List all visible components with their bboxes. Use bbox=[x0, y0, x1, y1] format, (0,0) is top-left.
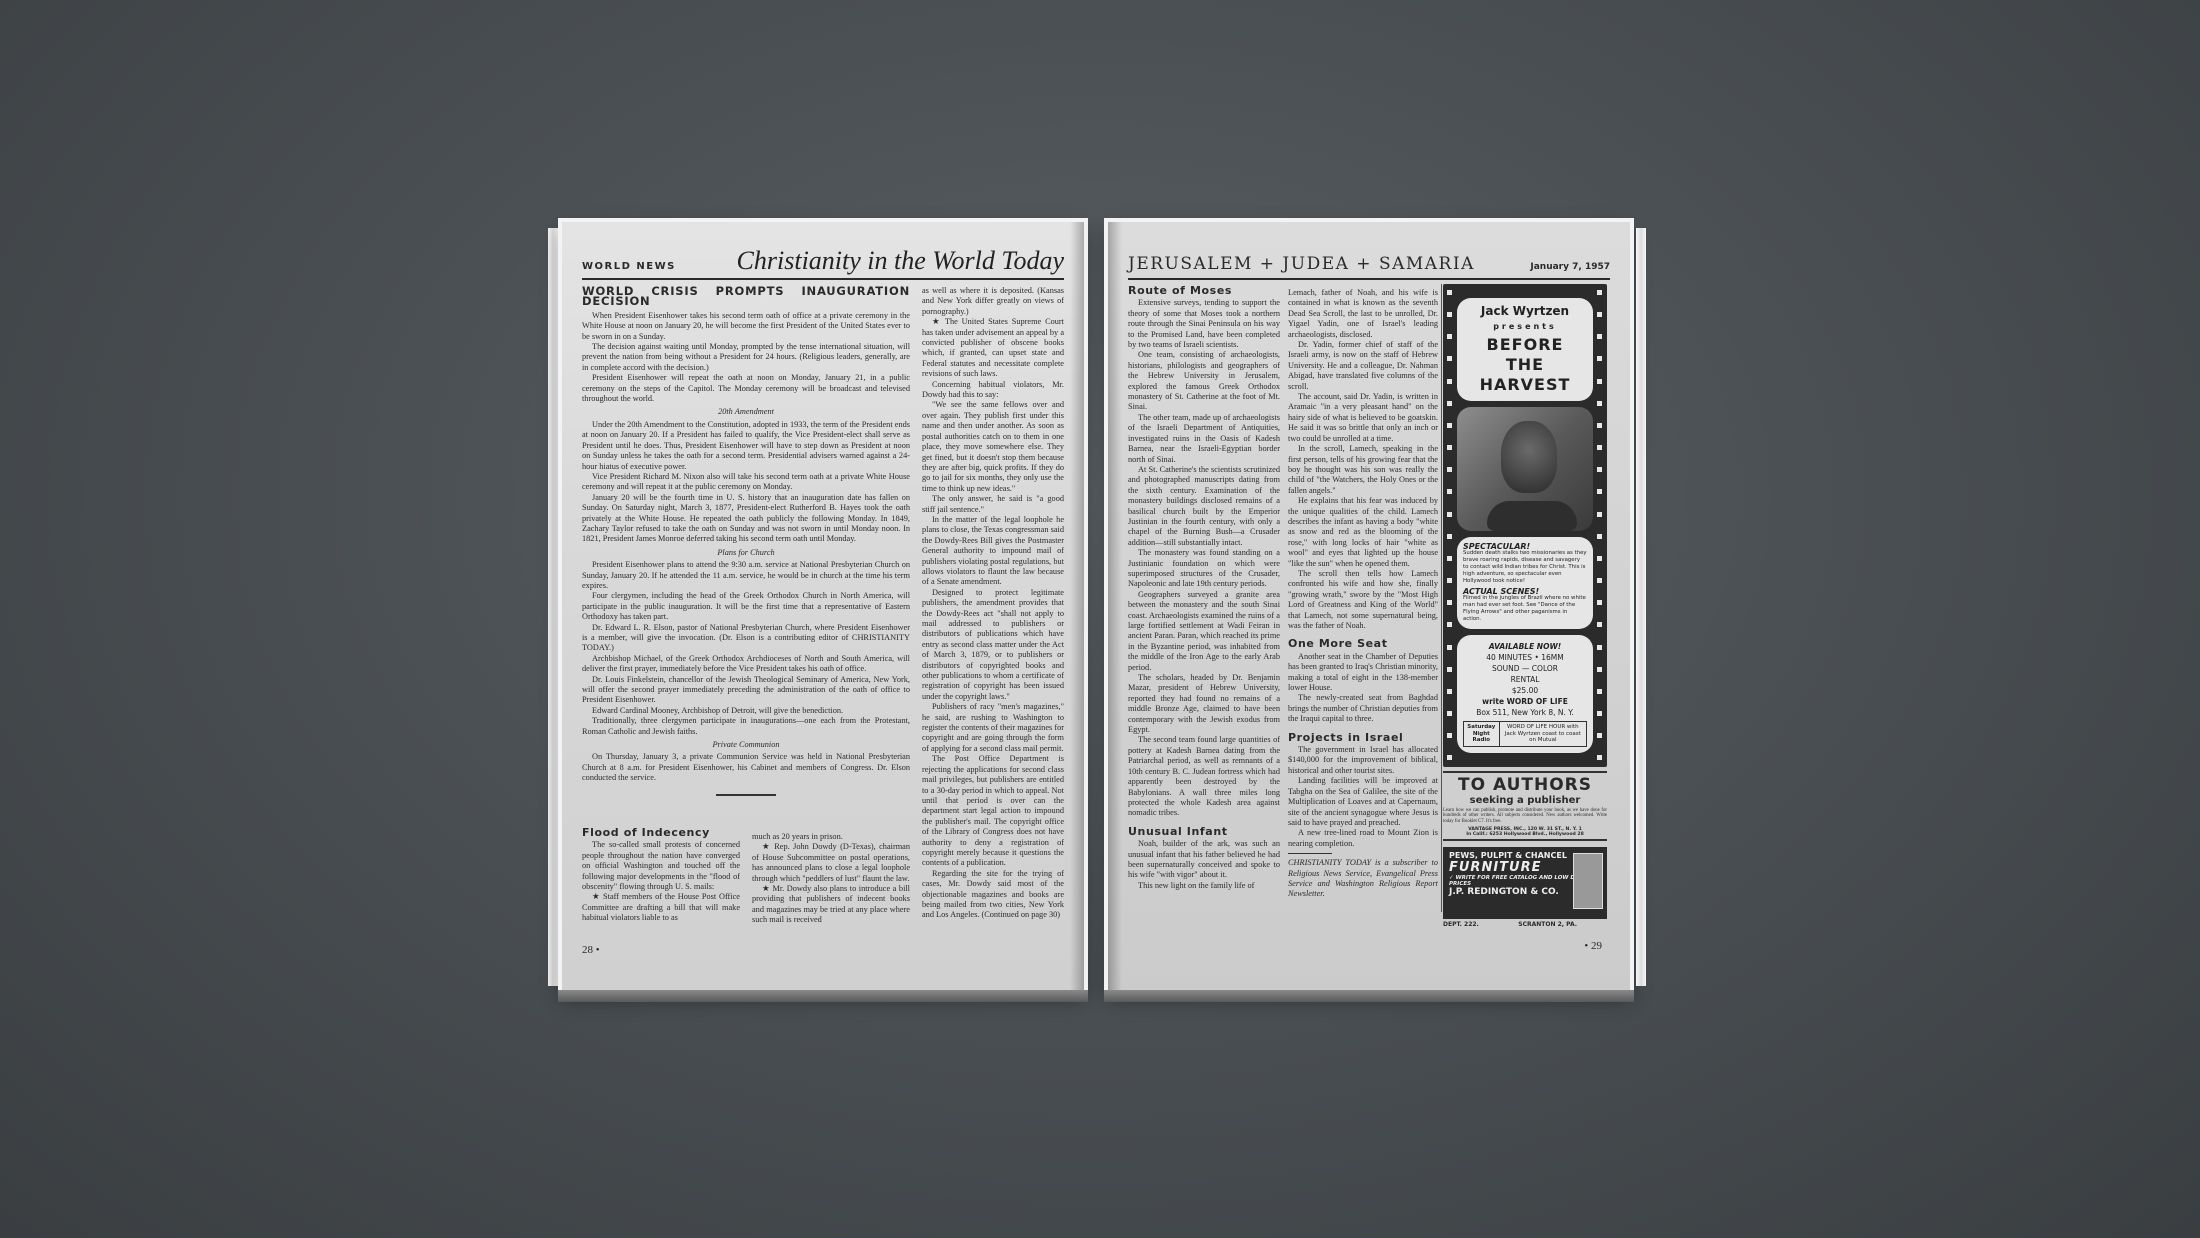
authors-body: Learn how we can publish, promote and di… bbox=[1443, 808, 1607, 825]
scenes-heading: ACTUAL SCENES! bbox=[1463, 588, 1587, 595]
paragraph: One team, consisting of archaeologists, … bbox=[1128, 350, 1280, 412]
paragraph: The monastery was found standing on a Ju… bbox=[1128, 548, 1280, 590]
paragraph: Dr. Edward L. R. Elson, pastor of Nation… bbox=[582, 623, 910, 654]
paragraph: Dr. Louis Finkelstein, chancellor of the… bbox=[582, 675, 910, 706]
paragraph: Four clergymen, including the head of th… bbox=[582, 591, 910, 622]
film-photo-frame bbox=[1457, 407, 1593, 531]
paragraph: The newly-created seat from Baghdad brin… bbox=[1288, 693, 1438, 724]
ad-column: Jack Wyrtzen presents BEFORE THE HARVEST… bbox=[1443, 284, 1607, 928]
paragraph: "We see the same fellows over and over a… bbox=[922, 400, 1064, 494]
paragraph: President Eisenhower plans to attend the… bbox=[582, 560, 910, 591]
route-headline: Route of Moses bbox=[1128, 286, 1280, 296]
right-page-col2: Lemach, father of Noah, and his wife is … bbox=[1288, 288, 1438, 900]
available-label: AVAILABLE NOW! bbox=[1461, 641, 1589, 652]
scenes-body: Filmed in the jungles of Brazil where no… bbox=[1463, 595, 1587, 623]
film-description-frame: SPECTACULAR! Sudden death stalks two mis… bbox=[1457, 537, 1593, 629]
subheading: 20th Amendment bbox=[582, 407, 910, 417]
left-page-header: WORLD NEWS Christianity in the World Tod… bbox=[582, 240, 1064, 280]
footnote-rule bbox=[1288, 853, 1332, 854]
paragraph: Publishers of racy "men's magazines," he… bbox=[922, 702, 1064, 754]
paragraph: The scroll then tells how Lamech confron… bbox=[1288, 569, 1438, 631]
page-stack-edge-left bbox=[548, 228, 558, 986]
paragraph: ★ Staff members of the House Post Office… bbox=[582, 892, 740, 923]
film-specs: 40 MINUTES • 16MM bbox=[1461, 652, 1589, 663]
film-title-1: BEFORE bbox=[1461, 335, 1589, 355]
paragraph: The second team found large quantities o… bbox=[1128, 735, 1280, 818]
paragraph: The scholars, headed by Dr. Benjamin Maz… bbox=[1128, 673, 1280, 735]
paragraph: much as 20 years in prison. bbox=[752, 832, 910, 842]
paragraph: ★ Rep. John Dowdy (D-Texas), chairman of… bbox=[752, 842, 910, 884]
footnote: CHRISTIANITY TODAY is a subscriber to Re… bbox=[1288, 858, 1438, 900]
paragraph: Lemach, father of Noah, and his wife is … bbox=[1288, 288, 1438, 340]
paragraph: Geographers surveyed a granite area betw… bbox=[1128, 590, 1280, 673]
film-sprocket-holes bbox=[1447, 290, 1453, 761]
right-page-col1: Route of Moses Extensive surveys, tendin… bbox=[1128, 286, 1280, 891]
paragraph: Edward Cardinal Mooney, Archbishop of De… bbox=[582, 706, 910, 716]
paragraph: Archbishop Michael, of the Greek Orthodo… bbox=[582, 654, 910, 675]
seat-headline: One More Seat bbox=[1288, 639, 1438, 649]
infant-headline: Unusual Infant bbox=[1128, 827, 1280, 837]
paragraph: Concerning habitual violators, Mr. Dowdy… bbox=[922, 380, 1064, 401]
paragraph: The other team, made up of archaeologist… bbox=[1128, 413, 1280, 465]
paragraph: Vice President Richard M. Nixon also wil… bbox=[582, 472, 910, 493]
paragraph: On Thursday, January 3, a private Commun… bbox=[582, 752, 910, 783]
page-number: 28 • bbox=[582, 944, 600, 956]
flood-headline: Flood of Indecency bbox=[582, 828, 740, 838]
authors-ad: TO AUTHORS seeking a publisher Learn how… bbox=[1443, 771, 1607, 841]
authors-address: In Calif.: 6253 Hollywood Blvd., Hollywo… bbox=[1443, 832, 1607, 837]
paragraph: When President Eisenhower takes his seco… bbox=[582, 311, 910, 342]
paragraph: Regarding the site for the trying of cas… bbox=[922, 869, 1064, 921]
right-page: JERUSALEM + JUDEA + SAMARIA January 7, 1… bbox=[1108, 222, 1630, 990]
spectacular-heading: SPECTACULAR! bbox=[1463, 543, 1587, 550]
flood-story-col1: Flood of Indecency The so-called small p… bbox=[582, 828, 740, 924]
authors-subtitle: seeking a publisher bbox=[1443, 795, 1607, 806]
page-stack-edge-right bbox=[1636, 228, 1646, 986]
flood-story-col2: much as 20 years in prison. ★ Rep. John … bbox=[752, 832, 910, 926]
authors-title: TO AUTHORS bbox=[1443, 775, 1607, 795]
paragraph: In the scroll, Lamech, speaking in the f… bbox=[1288, 444, 1438, 496]
section-label: WORLD NEWS bbox=[582, 261, 676, 272]
spectacular-body: Sudden death stalks two missionaries as … bbox=[1463, 550, 1587, 585]
paragraph: Extensive surveys, tending to support th… bbox=[1128, 298, 1280, 350]
paragraph: Designed to protect legitimate publisher… bbox=[922, 588, 1064, 702]
lead-headline: WORLD CRISIS PROMPTS INAUGURATION DECISI… bbox=[582, 286, 910, 307]
section-divider bbox=[716, 794, 776, 796]
paragraph: The account, said Dr. Yadin, is written … bbox=[1288, 392, 1438, 444]
paragraph: A new tree-lined road to Mount Zion is n… bbox=[1288, 828, 1438, 849]
israel-headline: Projects in Israel bbox=[1288, 733, 1438, 743]
pews-city: SCRANTON 2, PA. bbox=[1518, 921, 1577, 928]
paragraph: January 20 will be the fourth time in U.… bbox=[582, 493, 910, 545]
paragraph: The Post Office Department is rejecting … bbox=[922, 754, 1064, 868]
paragraph: ★ Mr. Dowdy also plans to introduce a bi… bbox=[752, 884, 910, 926]
film-title-2: THE bbox=[1461, 355, 1589, 375]
paragraph: The government in Israel has allocated $… bbox=[1288, 745, 1438, 776]
column-rule bbox=[1441, 284, 1442, 912]
pews-footer: DEPT. 222. SCRANTON 2, PA. bbox=[1443, 921, 1607, 928]
issue-date: January 7, 1957 bbox=[1530, 262, 1610, 272]
paragraph: He explains that his fear was induced by… bbox=[1288, 496, 1438, 569]
paragraph: President Eisenhower will repeat the oat… bbox=[582, 373, 910, 404]
film-presenter: Jack Wyrtzen bbox=[1461, 304, 1589, 318]
open-magazine: WORLD NEWS Christianity in the World Tod… bbox=[548, 222, 1651, 1000]
page-bottom-edge bbox=[558, 990, 1088, 1002]
paragraph: The so-called small protests of concerne… bbox=[582, 840, 740, 892]
paragraph: Landing facilities will be improved at T… bbox=[1288, 776, 1438, 828]
paragraph: Dr. Yadin, former chief of staff of the … bbox=[1288, 340, 1438, 392]
running-title: JERUSALEM + JUDEA + SAMARIA bbox=[1128, 254, 1475, 274]
left-page-right-column: as well as where it is deposited. (Kansa… bbox=[922, 286, 1064, 921]
door-icon bbox=[1573, 853, 1603, 909]
film-availability-frame: AVAILABLE NOW! 40 MINUTES • 16MM SOUND —… bbox=[1457, 635, 1593, 753]
paragraph: The only answer, he said is "a good stif… bbox=[922, 494, 1064, 515]
rental-price: $25.00 bbox=[1461, 685, 1589, 696]
running-title: Christianity in the World Today bbox=[737, 246, 1064, 276]
write-to: write WORD OF LIFE bbox=[1461, 696, 1589, 707]
mail-address: Box 511, New York 8, N. Y. bbox=[1461, 707, 1589, 718]
paragraph: At St. Catherine's the scientists scruti… bbox=[1128, 465, 1280, 548]
pews-ad: PEWS, PULPIT & CHANCEL FURNITURE ✓ WRITE… bbox=[1443, 847, 1607, 919]
page-bottom-edge bbox=[1104, 990, 1634, 1002]
portrait-body bbox=[1487, 501, 1577, 531]
film-title-frame: Jack Wyrtzen presents BEFORE THE HARVEST bbox=[1457, 298, 1593, 401]
page-number: • 29 bbox=[1584, 940, 1602, 952]
paragraph: This new light on the family life of bbox=[1128, 881, 1280, 891]
left-page: WORLD NEWS Christianity in the World Tod… bbox=[562, 222, 1084, 990]
paragraph: Traditionally, three clergymen participa… bbox=[582, 716, 910, 737]
radio-schedule: Saturday Night Radio bbox=[1464, 722, 1500, 746]
rental-label: RENTAL bbox=[1461, 674, 1589, 685]
paragraph: In the matter of the legal loophole he p… bbox=[922, 515, 1064, 588]
portrait-photo-icon bbox=[1501, 421, 1557, 493]
radio-box: Saturday Night Radio WORD OF LIFE HOUR w… bbox=[1463, 721, 1587, 747]
radio-program: WORD OF LIFE HOUR with Jack Wyrtzen coas… bbox=[1500, 722, 1586, 746]
subheading: Plans for Church bbox=[582, 548, 910, 558]
paragraph: The decision against waiting until Monda… bbox=[582, 342, 910, 373]
right-page-header: JERUSALEM + JUDEA + SAMARIA January 7, 1… bbox=[1128, 240, 1610, 280]
lead-story: WORLD CRISIS PROMPTS INAUGURATION DECISI… bbox=[582, 286, 910, 806]
spine-shadow bbox=[1108, 222, 1122, 990]
paragraph: as well as where it is deposited. (Kansa… bbox=[922, 286, 1064, 317]
paragraph: Another seat in the Chamber of Deputies … bbox=[1288, 652, 1438, 694]
pews-dept: DEPT. 222. bbox=[1443, 921, 1479, 928]
film-ad: Jack Wyrtzen presents BEFORE THE HARVEST… bbox=[1443, 284, 1607, 767]
spine-shadow bbox=[1070, 222, 1084, 990]
film-title-3: HARVEST bbox=[1461, 375, 1589, 395]
film-specs: SOUND — COLOR bbox=[1461, 663, 1589, 674]
paragraph: ★ The United States Supreme Court has ta… bbox=[922, 317, 1064, 379]
paragraph: Under the 20th Amendment to the Constitu… bbox=[582, 420, 910, 472]
film-presents: presents bbox=[1461, 322, 1589, 331]
film-sprocket-holes bbox=[1597, 290, 1603, 761]
paragraph: Noah, builder of the ark, was such an un… bbox=[1128, 839, 1280, 881]
subheading: Private Communion bbox=[582, 740, 910, 750]
